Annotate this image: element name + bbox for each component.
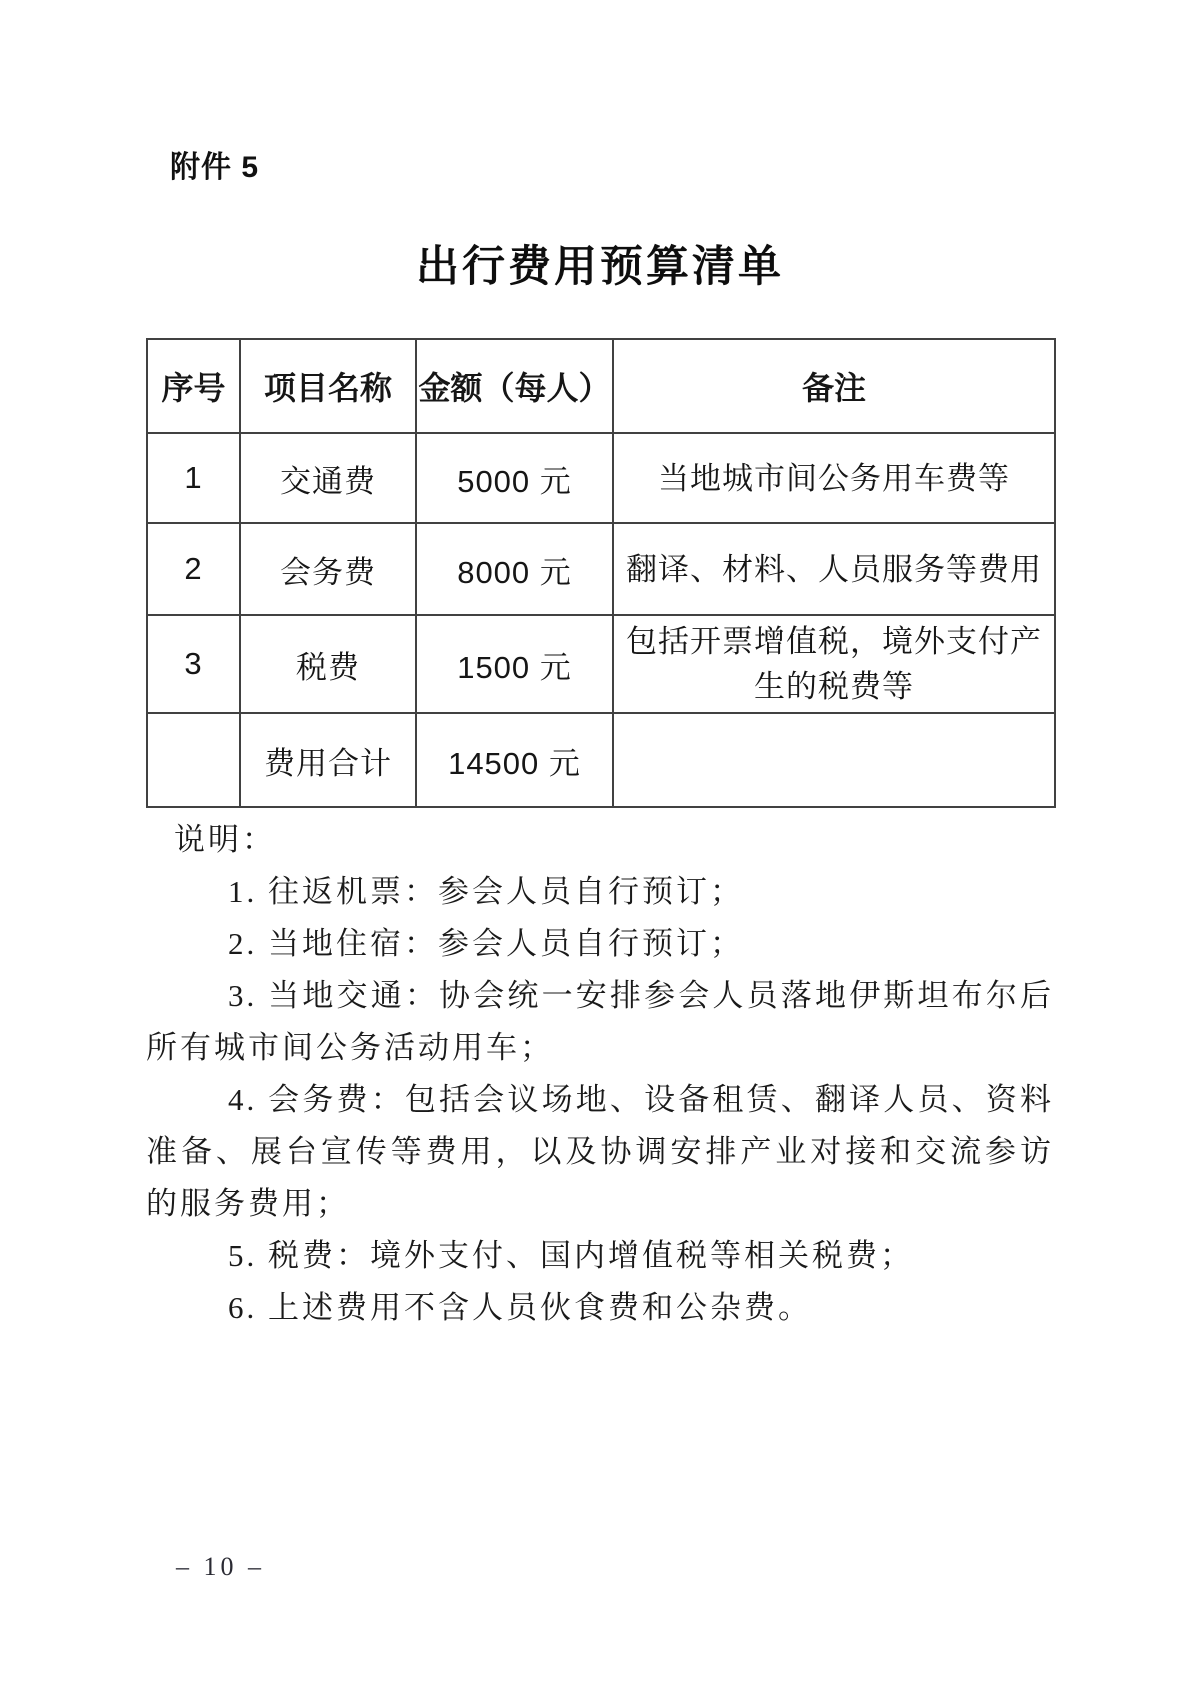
cell-remark: 包括开票增值税，境外支付产生的税费等 — [613, 615, 1055, 713]
budget-table: 序号 项目名称 金额（每人） 备注 1 交通费 5000 元 当地城市间公务用车… — [146, 338, 1056, 808]
cell-remark: 翻译、材料、人员服务等费用 — [613, 523, 1055, 615]
header-cell-no: 序号 — [147, 339, 240, 433]
note-item-5: 5. 税费：境外支付、国内增值税等相关税费； — [146, 1230, 1054, 1282]
cell-amount: 5000 元 — [416, 433, 613, 523]
page-number: – 10 – — [176, 1552, 265, 1582]
note-item-6: 6. 上述费用不含人员伙食费和公杂费。 — [146, 1282, 1054, 1334]
cell-amount: 8000 元 — [416, 523, 613, 615]
cell-total-amount: 14500 元 — [416, 713, 613, 807]
document-page: 附件 5 出行费用预算清单 序号 项目名称 金额（每人） 备注 1 交通费 50… — [0, 0, 1200, 1697]
note-item-3: 3. 当地交通：协会统一安排参会人员落地伊斯坦布尔后所有城市间公务活动用车； — [146, 970, 1054, 1074]
cell-total-label: 费用合计 — [240, 713, 416, 807]
table-total-row: 费用合计 14500 元 — [147, 713, 1055, 807]
cell-amount: 1500 元 — [416, 615, 613, 713]
header-cell-remark: 备注 — [613, 339, 1055, 433]
table-row: 1 交通费 5000 元 当地城市间公务用车费等 — [147, 433, 1055, 523]
cell-no: 2 — [147, 523, 240, 615]
cell-remark: 当地城市间公务用车费等 — [613, 433, 1055, 523]
notes-section: 说明： 1. 往返机票：参会人员自行预订； 2. 当地住宿：参会人员自行预订； … — [146, 814, 1054, 1334]
document-title: 出行费用预算清单 — [0, 240, 1200, 296]
notes-heading: 说明： — [146, 814, 1054, 866]
cell-item: 交通费 — [240, 433, 416, 523]
note-item-1: 1. 往返机票：参会人员自行预订； — [146, 866, 1054, 918]
header-cell-amount: 金额（每人） — [416, 339, 613, 433]
table-header-row: 序号 项目名称 金额（每人） 备注 — [147, 339, 1055, 433]
cell-item: 税费 — [240, 615, 416, 713]
cell-remark — [613, 713, 1055, 807]
cell-no: 3 — [147, 615, 240, 713]
header-cell-item: 项目名称 — [240, 339, 416, 433]
attachment-label: 附件 5 — [170, 148, 259, 188]
table-row: 3 税费 1500 元 包括开票增值税，境外支付产生的税费等 — [147, 615, 1055, 713]
note-item-4: 4. 会务费：包括会议场地、设备租赁、翻译人员、资料准备、展台宣传等费用，以及协… — [146, 1074, 1054, 1230]
cell-no — [147, 713, 240, 807]
note-item-2: 2. 当地住宿：参会人员自行预订； — [146, 918, 1054, 970]
table-row: 2 会务费 8000 元 翻译、材料、人员服务等费用 — [147, 523, 1055, 615]
cell-item: 会务费 — [240, 523, 416, 615]
cell-no: 1 — [147, 433, 240, 523]
